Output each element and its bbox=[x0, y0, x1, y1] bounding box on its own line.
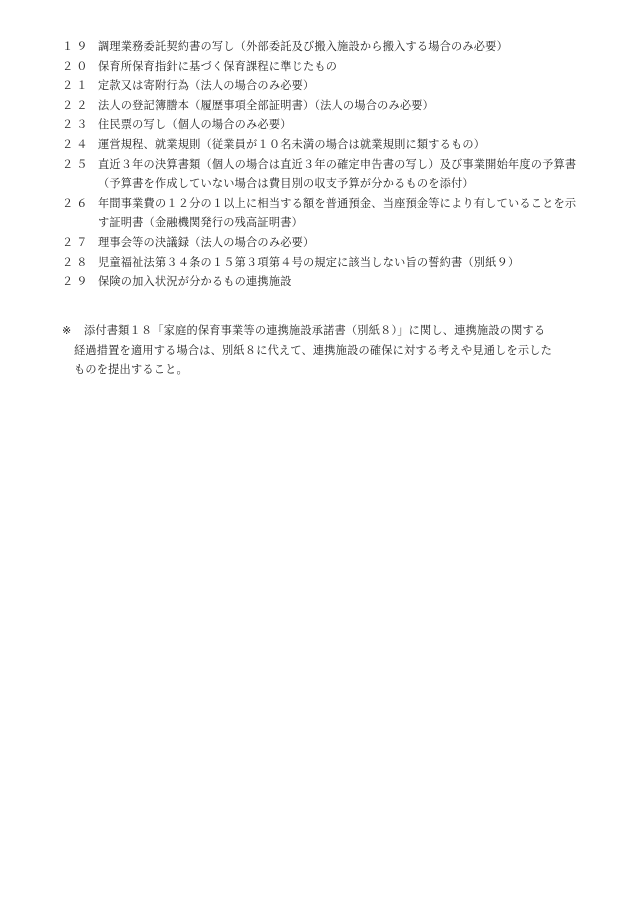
document-page: １９ 調理業務委託契約書の写し（外部委託及び搬入施設から搬入する場合のみ必要） … bbox=[0, 0, 630, 903]
item-number: ２２ bbox=[62, 96, 98, 116]
list-item: ２９ 保険の加入状況が分かるもの連携施設 bbox=[62, 272, 582, 292]
item-number: ２９ bbox=[62, 272, 98, 292]
list-item: ２２ 法人の登記簿謄本（履歴事項全部証明書）（法人の場合のみ必要） bbox=[62, 96, 582, 116]
item-text: 理事会等の決議録（法人の場合のみ必要） bbox=[98, 233, 582, 253]
item-text: 調理業務委託契約書の写し（外部委託及び搬入施設から搬入する場合のみ必要） bbox=[98, 37, 582, 57]
item-text: 定款又は寄附行為（法人の場合のみ必要） bbox=[98, 76, 582, 96]
item-text: 児童福祉法第３４条の１５第３項第４号の規定に該当しない旨の誓約書（別紙９） bbox=[98, 253, 582, 273]
item-text: 年間事業費の１２分の１以上に相当する額を普通預金、当座預金等により有していること… bbox=[98, 194, 582, 233]
list-item: ２１ 定款又は寄附行為（法人の場合のみ必要） bbox=[62, 76, 582, 96]
list-item: ２６ 年間事業費の１２分の１以上に相当する額を普通預金、当座預金等により有してい… bbox=[62, 194, 582, 233]
list-item: ２４ 運営規程、就業規則（従業員が１０名未満の場合は就業規則に類するもの） bbox=[62, 135, 582, 155]
item-number: ２５ bbox=[62, 155, 98, 194]
item-text: 運営規程、就業規則（従業員が１０名未満の場合は就業規則に類するもの） bbox=[98, 135, 582, 155]
list-item: ２８ 児童福祉法第３４条の１５第３項第４号の規定に該当しない旨の誓約書（別紙９） bbox=[62, 253, 582, 273]
note-line-2: 経過措置を適用する場合は、別紙８に代えて、連携施設の確保に対する考えや見通しを示… bbox=[62, 341, 582, 361]
item-text: 直近３年の決算書類（個人の場合は直近３年の確定申告書の写し）及び事業開始年度の予… bbox=[98, 155, 582, 194]
item-text: 保育所保育指針に基づく保育課程に準じたもの bbox=[98, 57, 582, 77]
item-number: ２６ bbox=[62, 194, 98, 233]
item-text: 保険の加入状況が分かるもの連携施設 bbox=[98, 272, 582, 292]
list-item: ２３ 住民票の写し（個人の場合のみ必要） bbox=[62, 115, 582, 135]
list-item: ２５ 直近３年の決算書類（個人の場合は直近３年の確定申告書の写し）及び事業開始年… bbox=[62, 155, 582, 194]
footnote: ※添付書類１８「家庭的保育事業等の連携施設承諾書（別紙８）」に関し、連携施設の関… bbox=[62, 321, 582, 380]
item-number: ２７ bbox=[62, 233, 98, 253]
item-number: ２１ bbox=[62, 76, 98, 96]
note-mark: ※ bbox=[62, 321, 84, 341]
attachment-list: １９ 調理業務委託契約書の写し（外部委託及び搬入施設から搬入する場合のみ必要） … bbox=[62, 37, 582, 292]
list-item: ２０ 保育所保育指針に基づく保育課程に準じたもの bbox=[62, 57, 582, 77]
item-text: 法人の登記簿謄本（履歴事項全部証明書）（法人の場合のみ必要） bbox=[98, 96, 582, 116]
item-number: ２８ bbox=[62, 253, 98, 273]
item-number: ２３ bbox=[62, 115, 98, 135]
note-line-1: 添付書類１８「家庭的保育事業等の連携施設承諾書（別紙８）」に関し、連携施設の関す… bbox=[84, 324, 545, 337]
item-number: １９ bbox=[62, 37, 98, 57]
list-item: ２７ 理事会等の決議録（法人の場合のみ必要） bbox=[62, 233, 582, 253]
list-item: １９ 調理業務委託契約書の写し（外部委託及び搬入施設から搬入する場合のみ必要） bbox=[62, 37, 582, 57]
item-text: 住民票の写し（個人の場合のみ必要） bbox=[98, 115, 582, 135]
note-line-3: ものを提出すること。 bbox=[62, 360, 582, 380]
item-number: ２０ bbox=[62, 57, 98, 77]
item-number: ２４ bbox=[62, 135, 98, 155]
